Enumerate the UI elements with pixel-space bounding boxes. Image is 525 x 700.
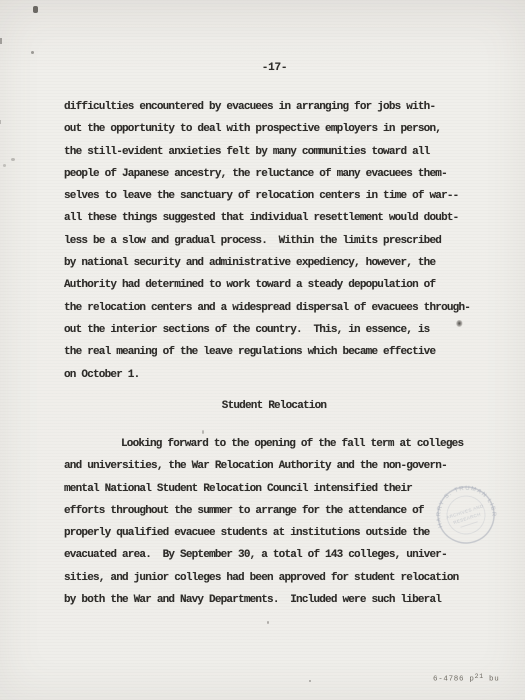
scan-edge-mark xyxy=(0,120,1,124)
text-line: people of Japanese ancestry, the relucta… xyxy=(64,163,494,185)
text-line: sities, and junior colleges had been app… xyxy=(64,567,494,589)
text-line: the still-evident anxieties felt by many… xyxy=(64,141,494,163)
ink-speck xyxy=(3,164,6,167)
text-line: the real meaning of the leave regulation… xyxy=(64,341,494,363)
paragraph-student-relocation: Looking forward to the opening of the fa… xyxy=(64,433,494,611)
ink-speck xyxy=(31,51,34,54)
stamp-divider xyxy=(461,522,478,528)
text-line: on October 1. xyxy=(64,364,494,386)
ink-speck xyxy=(11,158,15,161)
text-line: by both the War and Navy Departments. In… xyxy=(64,589,494,611)
scanned-document-page: -17- difficulties encountered by evacuee… xyxy=(0,0,525,700)
ink-speck xyxy=(33,6,38,13)
text-line: evacuated area. By September 30, a total… xyxy=(64,544,494,566)
text-line: by national security and administrative … xyxy=(64,252,494,274)
code-suffix: bu xyxy=(484,676,500,684)
paragraph-leave-regulations: difficulties encountered by evacuees in … xyxy=(64,96,494,386)
scan-edge-mark xyxy=(0,38,2,44)
text-line: out the opportunity to deal with prospec… xyxy=(64,118,494,140)
code-superscript: 21 xyxy=(475,673,484,680)
text-line: properly qualified evacuee students at i… xyxy=(64,522,494,544)
ink-speck xyxy=(309,680,311,682)
text-line: and universities, the War Relocation Aut… xyxy=(64,455,494,477)
text-line: less be a slow and gradual process. With… xyxy=(64,230,494,252)
text-line: out the interior sections of the country… xyxy=(64,319,494,341)
text-line: Authority had determined to work toward … xyxy=(64,274,494,296)
page-number: -17- xyxy=(12,62,525,74)
text-line: selves to leave the sanctuary of relocat… xyxy=(64,185,494,207)
text-line: the relocation centers and a widespread … xyxy=(64,297,494,319)
text-line: all these things suggested that individu… xyxy=(64,207,494,229)
text-line: Looking forward to the opening of the fa… xyxy=(64,433,494,455)
ink-speck xyxy=(267,621,269,624)
section-heading: Student Relocation xyxy=(76,400,472,413)
code-prefix: 6-4786 p xyxy=(433,676,475,684)
text-line: difficulties encountered by evacuees in … xyxy=(64,96,494,118)
document-code: 6-4786 p21 bu xyxy=(433,673,499,684)
